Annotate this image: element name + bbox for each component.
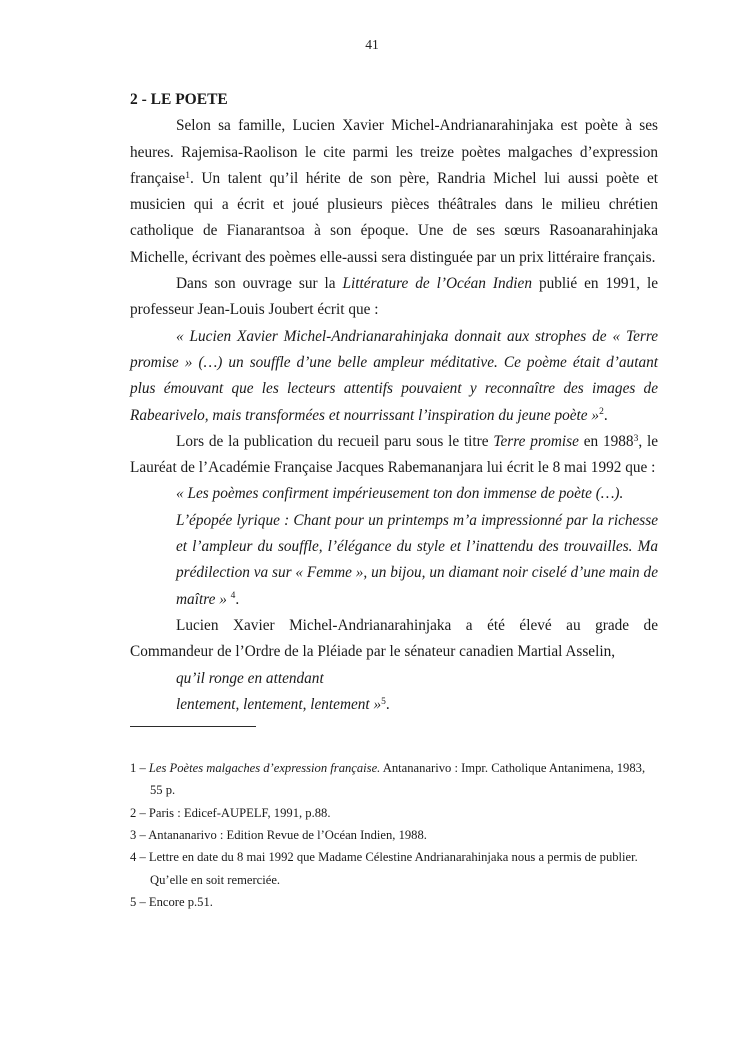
paragraph-commandeur: Lucien Xavier Michel-Andrianarahinjaka a… bbox=[130, 613, 658, 666]
page-content: 2 - LE POETE Selon sa famille, Lucien Xa… bbox=[130, 87, 658, 913]
text-run: Antananarivo : Impr. Catholique Antanime… bbox=[380, 761, 645, 775]
text-run: Les Poètes malgaches d’expression frança… bbox=[149, 761, 380, 775]
footnotes: 1 – Les Poètes malgaches d’expression fr… bbox=[130, 757, 658, 913]
quote-body: L’épopée lyrique : Chant pour un printem… bbox=[176, 508, 658, 613]
footnote-5: 5 – Encore p.51. bbox=[130, 891, 658, 913]
footnote-ref: 3 bbox=[634, 434, 639, 444]
text-run: Lucien Xavier Michel-Andrianarahinjaka a… bbox=[130, 617, 658, 660]
text-run: en 1988 bbox=[579, 433, 634, 450]
footnote-2: 2 – Paris : Edicef-AUPELF, 1991, p.88. bbox=[130, 802, 658, 824]
text-run: . Un talent qu’il hérite de son père, Ra… bbox=[130, 170, 658, 266]
text-run: L’épopée lyrique : Chant pour un printem… bbox=[176, 512, 658, 608]
text-run: « Les poèmes confirment impérieusement t… bbox=[176, 485, 623, 502]
footnote-ref: 5 bbox=[381, 697, 386, 707]
footnote-ref: 2 bbox=[599, 407, 604, 417]
text-run: Qu’elle en soit remerciée. bbox=[150, 873, 280, 887]
text-run: Dans son ouvrage sur la bbox=[176, 275, 343, 292]
footnote-1: 1 – Les Poètes malgaches d’expression fr… bbox=[130, 757, 658, 802]
page-number: 41 bbox=[0, 37, 744, 52]
text-run: . bbox=[604, 407, 608, 424]
text-run: « Lucien Xavier Michel-Andrianarahinjaka… bbox=[130, 328, 658, 424]
text-run: . bbox=[235, 591, 239, 608]
verse-line-2: lentement, lentement, lentement »5. bbox=[176, 692, 658, 718]
text-run: Lors de la publication du recueil paru s… bbox=[176, 433, 493, 450]
paragraph-terre-promise: Lors de la publication du recueil paru s… bbox=[130, 429, 658, 482]
footnote-ref: 1 bbox=[185, 171, 190, 181]
text-run: lentement, lentement, lentement » bbox=[176, 696, 381, 713]
text-run: 55 p. bbox=[150, 783, 175, 797]
quote-rabemananjara: « Les poèmes confirment impérieusement t… bbox=[176, 481, 658, 612]
text-run: 3 – Antananarivo : Edition Revue de l’Oc… bbox=[130, 828, 427, 842]
quote-joubert: « Lucien Xavier Michel-Andrianarahinjaka… bbox=[130, 324, 658, 429]
paragraph-family-intro: Selon sa famille, Lucien Xavier Michel-A… bbox=[130, 113, 658, 271]
text-run: 4 – Lettre en date du 8 mai 1992 que Mad… bbox=[130, 850, 638, 864]
document-page: 41 2 - LE POETE Selon sa famille, Lucien… bbox=[0, 0, 744, 1053]
footnote-ref: 4 bbox=[231, 591, 236, 601]
text-run: 1 – bbox=[130, 761, 149, 775]
verse-lines: qu’il ronge en attendant lentement, lent… bbox=[176, 666, 658, 719]
text-run: 5 – Encore p.51. bbox=[130, 895, 213, 909]
footnote-4: 4 – Lettre en date du 8 mai 1992 que Mad… bbox=[130, 846, 658, 891]
text-run: qu’il ronge en attendant bbox=[176, 670, 324, 687]
section-heading: 2 - LE POETE bbox=[130, 87, 658, 113]
quote-first-line: « Les poèmes confirment impérieusement t… bbox=[176, 481, 658, 507]
text-run: . bbox=[386, 696, 390, 713]
paragraph-joubert-intro: Dans son ouvrage sur la Littérature de l… bbox=[130, 271, 658, 324]
text-run: Littérature de l’Océan Indien bbox=[343, 275, 532, 292]
text-run: Terre promise bbox=[493, 433, 579, 450]
footnote-separator bbox=[130, 726, 256, 727]
verse-line-1: qu’il ronge en attendant bbox=[176, 666, 658, 692]
text-run: 2 – Paris : Edicef-AUPELF, 1991, p.88. bbox=[130, 806, 330, 820]
footnote-3: 3 – Antananarivo : Edition Revue de l’Oc… bbox=[130, 824, 658, 846]
